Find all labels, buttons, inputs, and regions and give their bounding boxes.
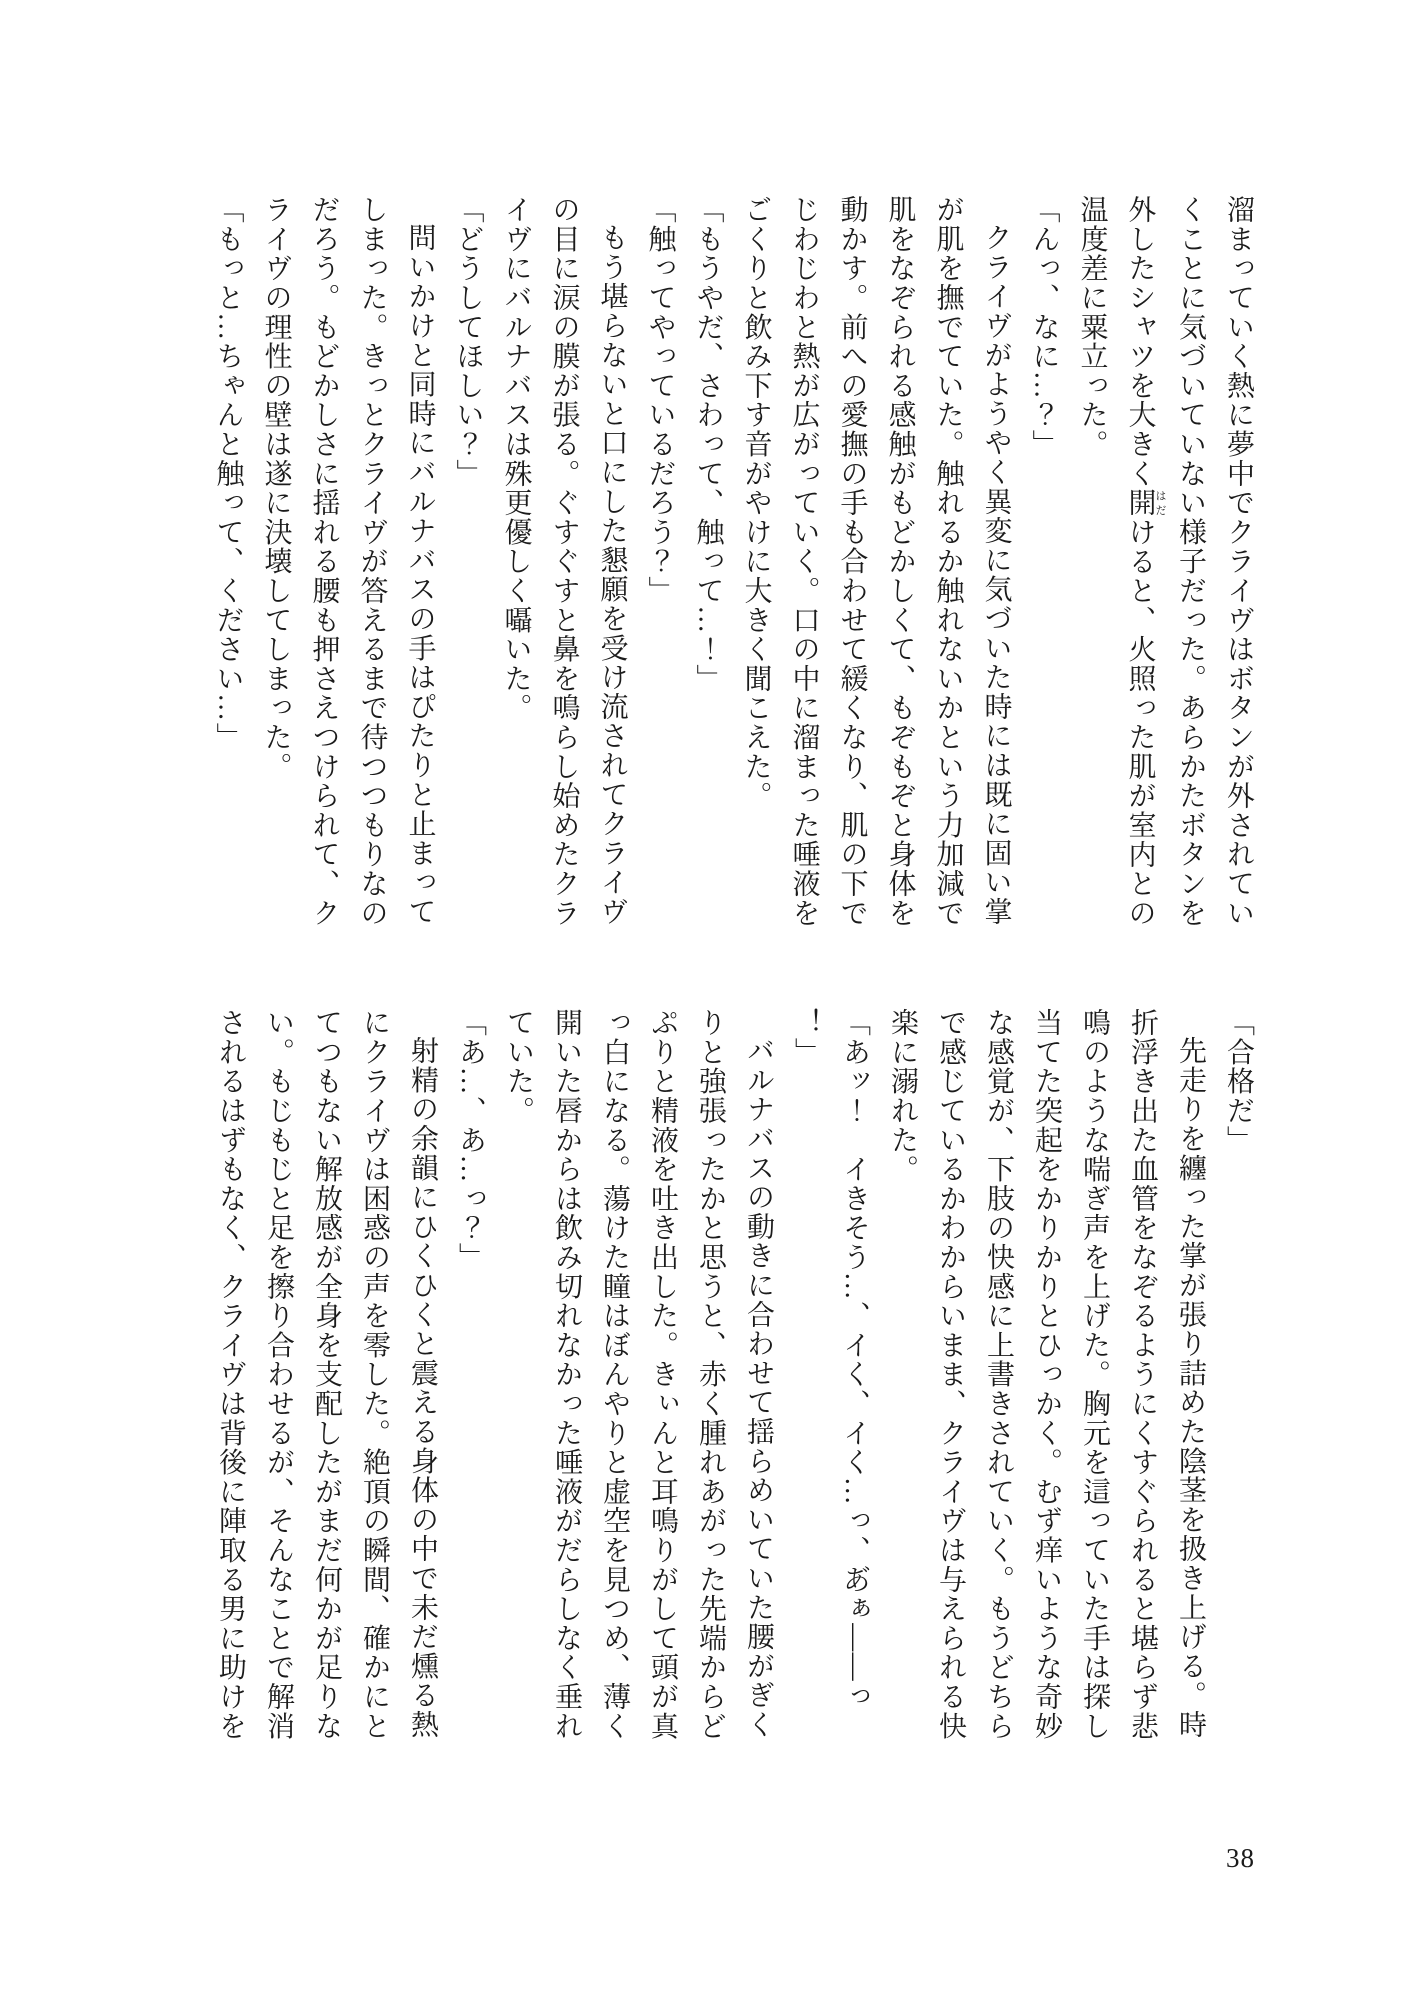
text-column: 「触ってやっているだろう？」 (636, 195, 684, 940)
text-column: 「どうしてほしい？」 (444, 195, 492, 940)
text-column: 当てた突起をかりかりとひっかく。むず痒いような奇妙 (1022, 1008, 1070, 1753)
page-number: 38 (1226, 1843, 1255, 1874)
text-column: しまった。きっとクライヴが答えるまで待つつもりなの (348, 195, 396, 940)
text-column: 先走りを纏った掌が張り詰めた陰茎を扱き上げる。時 (1166, 1008, 1214, 1753)
text-column: 「んっ、なに…？」 (1020, 195, 1068, 940)
text-column: てつもない解放感が全身を支配したがまだ何かが足りな (302, 1008, 350, 1753)
text-column: い。もじもじと足を擦り合わせるが、そんなことで解消 (254, 1008, 302, 1753)
text-column: バルナバスの動きに合わせて揺らめいていた腰がぎく (734, 1008, 782, 1753)
text-column: 折浮き出た血管をなぞるようにくすぐられると堪らず悲 (1118, 1008, 1166, 1753)
text-column: じわじわと熱が広がっていく。口の中に溜まった唾液を (780, 195, 828, 940)
text-column: が肌を撫でていた。触れるか触れないかという力加減で (924, 195, 972, 940)
text-column: ！」 (782, 1008, 830, 1753)
text-column: ぷりと精液を吐き出した。きぃんと耳鳴りがして頭が真 (638, 1008, 686, 1753)
text-column: で感じているかわからいまま、クライヴは与えられる快 (926, 1008, 974, 1753)
text-column: 問いかけと同時にバルナバスの手はぴたりと止まって (396, 195, 444, 940)
text-column: な感覚が、下肢の快感に上書きされていく。もうどちら (974, 1008, 1022, 1753)
text-column: 楽に溺れた。 (878, 1008, 926, 1753)
text-column: 溜まっていく熱に夢中でクライヴはボタンが外されてい (1214, 195, 1262, 940)
text-column: っ白になる。蕩けた瞳はぼんやりと虚空を見つめ、薄く (590, 1008, 638, 1753)
text-block-top: 溜まっていく熱に夢中でクライヴはボタンが外されていくことに気づいていない様子だっ… (204, 195, 1263, 940)
text-column: だろう。もどかしさに揺れる腰も押さえつけられて、ク (300, 195, 348, 940)
text-column: もう堪らないと口にした懇願を受け流されてクライヴ (588, 195, 636, 940)
text-block-bottom: 「合格だ」先走りを纏った掌が張り詰めた陰茎を扱き上げる。時折浮き出た血管をなぞる… (206, 1008, 1262, 1753)
text-column: 肌をなぞられる感触がもどかしくて、もぞもぞと身体を (876, 195, 924, 940)
text-column: ていた。 (494, 1008, 542, 1753)
text-column: 外したシャツを大きく開はだけると、火照った肌が室内との (1116, 195, 1167, 940)
text-column: りと強張ったかと思うと、赤く腫れあがった先端からど (686, 1008, 734, 1753)
text-column: イヴにバルナバスは殊更優しく囁いた。 (492, 195, 540, 940)
text-column: 開いた唇からは飲み切れなかった唾液がだらしなく垂れ (542, 1008, 590, 1753)
text-column: 「もっと…ちゃんと触って、ください…」 (204, 195, 252, 940)
text-column: 「合格だ」 (1214, 1008, 1262, 1753)
text-column: 射精の余韻にひくひくと震える身体の中で未だ燻る熱 (398, 1008, 446, 1753)
text-column: クライヴがようやく異変に気づいた時には既に固い掌 (972, 195, 1020, 940)
text-column: 「あッ！ イきそう…、イく、イく…っ、あ゙ぁ――っ (830, 1008, 878, 1753)
text-column: にクライヴは困惑の声を零した。絶頂の瞬間、確かにと (350, 1008, 398, 1753)
text-column: 「あ…、あ…っ？」 (446, 1008, 494, 1753)
text-column: くことに気づいていない様子だった。あらかたボタンを (1166, 195, 1214, 940)
text-column: 「もうやだ、さわって、触って…！」 (684, 195, 732, 940)
text-column: ごくりと飲み下す音がやけに大きく聞こえた。 (732, 195, 780, 940)
text-column: 動かす。前への愛撫の手も合わせて緩くなり、肌の下で (828, 195, 876, 940)
ruby-annotated-char: 開はだ (1125, 488, 1156, 517)
text-column: されるはずもなく、クライヴは背後に陣取る男に助けを (206, 1008, 254, 1753)
text-column: 温度差に粟立った。 (1068, 195, 1116, 940)
text-column: の目に涙の膜が張る。ぐすぐすと鼻を鳴らし始めたクラ (540, 195, 588, 940)
text-column: ライヴの理性の壁は遂に決壊してしまった。 (252, 195, 300, 940)
text-column: 鳴のような喘ぎ声を上げた。胸元を這っていた手は探し (1070, 1008, 1118, 1753)
